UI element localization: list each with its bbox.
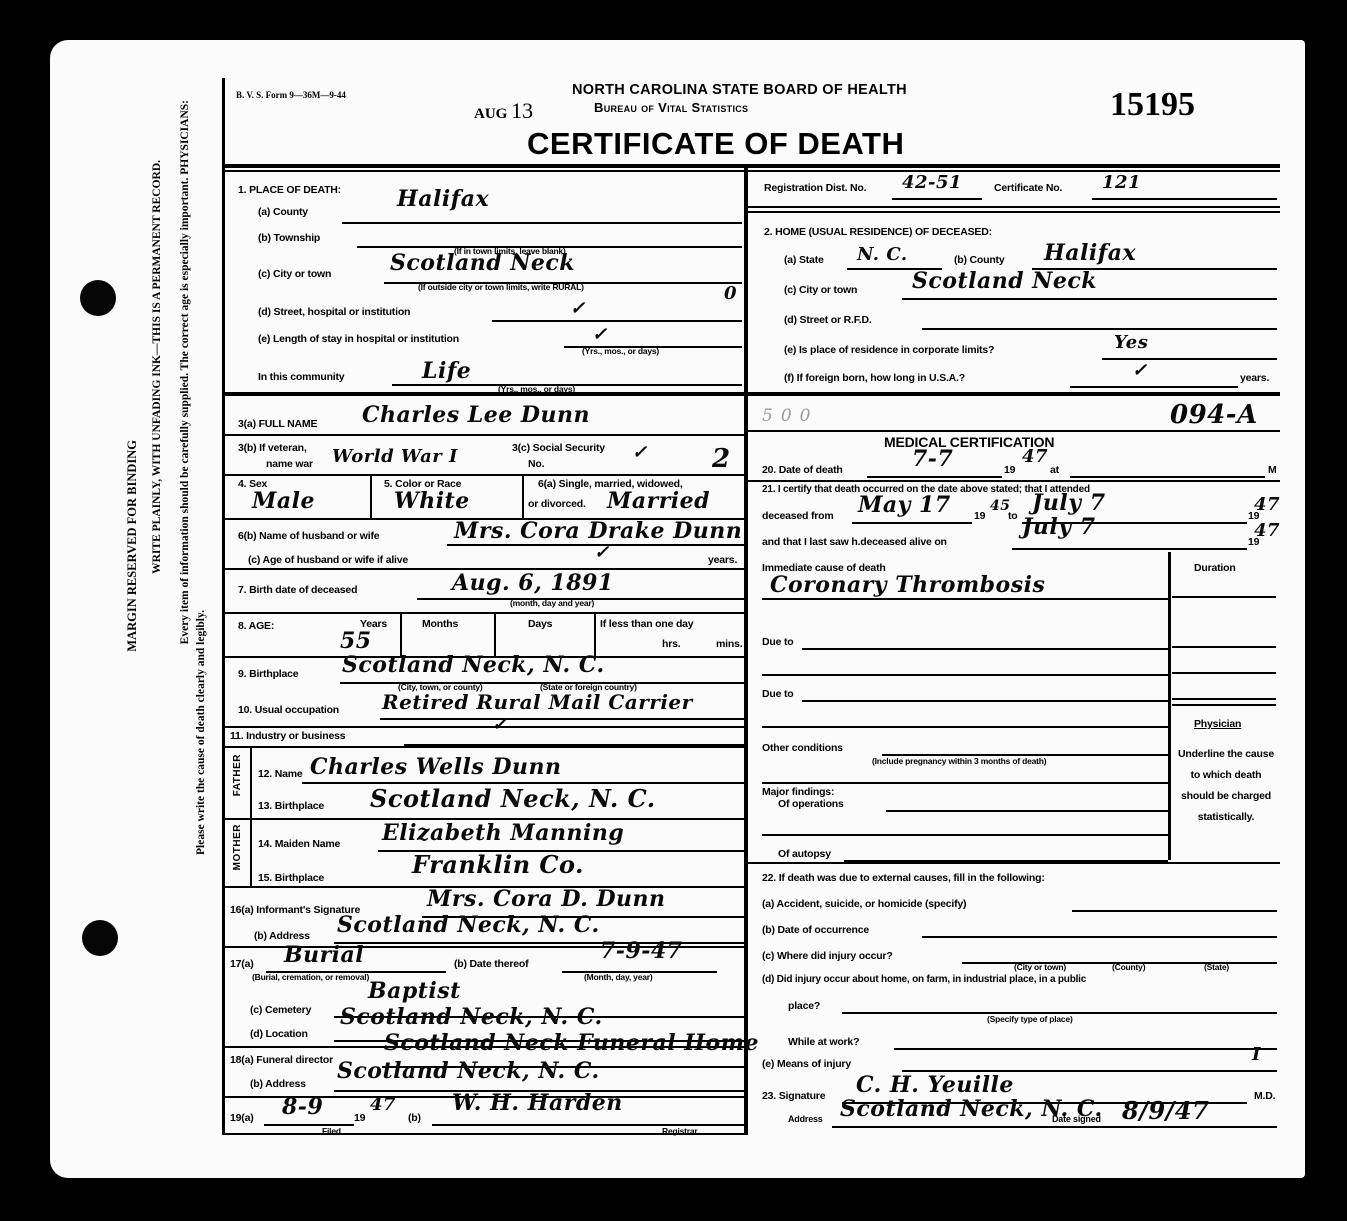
filed-year-value[interactable]: 47 bbox=[370, 1094, 396, 1115]
death-street-value[interactable]: ✓ bbox=[570, 298, 586, 319]
filed-date-value[interactable]: 8-9 bbox=[282, 1094, 323, 1120]
pencil-note: 500 bbox=[762, 406, 818, 426]
full-name-label: 3(a) FULL NAME bbox=[238, 418, 317, 430]
ssn-value[interactable]: ✓ bbox=[632, 442, 648, 463]
home-state-value[interactable]: N. C. bbox=[857, 244, 908, 265]
community-stay-value[interactable]: Life bbox=[422, 358, 471, 384]
margin-instructions-2: Please write the cause of death clearly … bbox=[194, 610, 208, 855]
funeral-director-value[interactable]: Scotland Neck Funeral Home bbox=[384, 1030, 759, 1056]
received-date-stamp: AUG 13 bbox=[474, 98, 533, 124]
veteran-war-value[interactable]: World War I bbox=[332, 446, 458, 467]
birth-date-value[interactable]: Aug. 6, 1891 bbox=[452, 570, 614, 596]
registration-dist-value[interactable]: 42-51 bbox=[902, 172, 962, 193]
mother-birthplace-value[interactable]: Franklin Co. bbox=[412, 850, 584, 879]
bureau-heading: Bureau of Vital Statistics bbox=[594, 100, 748, 115]
sex-value[interactable]: Male bbox=[252, 488, 315, 514]
death-year-value[interactable]: 47 bbox=[1022, 446, 1048, 467]
spouse-name-value[interactable]: Mrs. Cora Drake Dunn bbox=[454, 518, 742, 544]
certificate-no-label: Certificate No. bbox=[994, 182, 1062, 194]
document-number: 15195 bbox=[1110, 86, 1195, 124]
margin-instructions-1: Every item of information should be care… bbox=[178, 100, 192, 644]
mother-maiden-name-value[interactable]: Elizabeth Manning bbox=[382, 820, 624, 846]
funeral-director-address-value[interactable]: Scotland Neck, N. C. bbox=[337, 1058, 600, 1084]
age-years-value[interactable]: 55 bbox=[340, 628, 372, 654]
last-seen-alive-year[interactable]: 47 bbox=[1254, 520, 1280, 541]
death-certificate-form: B. V. S. Form 9—36M—9-44 AUG 13 NORTH CA… bbox=[222, 78, 1282, 1138]
race-value[interactable]: White bbox=[394, 488, 470, 514]
home-county-value[interactable]: Halifax bbox=[1044, 240, 1136, 266]
full-name-value[interactable]: Charles Lee Dunn bbox=[362, 402, 590, 428]
last-seen-alive-value[interactable]: July 7 bbox=[1022, 514, 1096, 540]
place-of-death-heading: 1. PLACE OF DEATH: bbox=[238, 184, 341, 196]
birthplace-value[interactable]: Scotland Neck, N. C. bbox=[342, 652, 605, 678]
binding-hole-bottom bbox=[82, 920, 118, 956]
attended-to-value[interactable]: July 7 bbox=[1032, 490, 1106, 516]
mother-side-label: MOTHER bbox=[232, 824, 243, 870]
board-of-health-heading: NORTH CAROLINA STATE BOARD OF HEALTH bbox=[572, 82, 907, 98]
registration-dist-label: Registration Dist. No. bbox=[764, 182, 866, 194]
hospital-stay-value[interactable]: ✓ bbox=[592, 324, 608, 345]
father-birthplace-value[interactable]: Scotland Neck, N. C. bbox=[370, 784, 656, 813]
margin-binding-note: MARGIN RESERVED FOR BINDING bbox=[125, 440, 139, 652]
disposition-value[interactable]: Burial bbox=[284, 942, 364, 968]
binding-hole-top bbox=[80, 280, 116, 316]
physician-date-signed-value[interactable]: 8/9/47 bbox=[1122, 1096, 1209, 1125]
immediate-cause-value[interactable]: Coronary Thrombosis bbox=[770, 572, 1045, 598]
form-number: B. V. S. Form 9—36M—9-44 bbox=[236, 90, 346, 100]
registrar-signature-value[interactable]: W. H. Harden bbox=[452, 1090, 623, 1116]
physician-note: Underline the cause to which death shoul… bbox=[1176, 744, 1276, 828]
physician-note-title: Physician bbox=[1194, 718, 1241, 730]
physician-signature-value[interactable]: C. H. Yeuille bbox=[856, 1072, 1014, 1098]
cemetery-location-value[interactable]: Scotland Neck, N. C. bbox=[340, 1004, 603, 1030]
margin-ink-note: WRITE PLAINLY, WITH UNFADING INK—THIS IS… bbox=[150, 160, 164, 574]
attended-to-year[interactable]: 47 bbox=[1254, 494, 1280, 515]
occupation-value[interactable]: Retired Rural Mail Carrier bbox=[382, 690, 693, 714]
informant-signature-value[interactable]: Mrs. Cora D. Dunn bbox=[427, 886, 666, 912]
cemetery-value[interactable]: Baptist bbox=[368, 978, 461, 1004]
death-county-value[interactable]: Halifax bbox=[397, 186, 489, 212]
spouse-age-value[interactable]: ✓ bbox=[594, 542, 610, 563]
page-title: CERTIFICATE OF DEATH bbox=[527, 126, 904, 162]
industry-value[interactable]: ✓ bbox=[492, 714, 508, 735]
marital-status-value[interactable]: Married bbox=[607, 488, 710, 514]
father-name-value[interactable]: Charles Wells Dunn bbox=[310, 754, 561, 780]
corporate-limits-value[interactable]: Yes bbox=[1114, 332, 1148, 353]
home-city-value[interactable]: Scotland Neck bbox=[912, 268, 1097, 294]
father-side-label: FATHER bbox=[232, 754, 243, 796]
informant-address-value[interactable]: Scotland Neck, N. C. bbox=[337, 912, 600, 938]
burial-date-value[interactable]: 7-9-47 bbox=[600, 938, 683, 964]
certificate-no-value[interactable]: 121 bbox=[1102, 172, 1141, 193]
home-heading: 2. HOME (USUAL RESIDENCE) OF DECEASED: bbox=[764, 226, 992, 238]
code-note: 094-A bbox=[1170, 400, 1258, 430]
attended-from-value[interactable]: May 17 bbox=[858, 492, 951, 518]
death-city-value[interactable]: Scotland Neck bbox=[390, 250, 575, 276]
foreign-born-value[interactable]: ✓ bbox=[1132, 360, 1148, 381]
death-date-value[interactable]: 7-7 bbox=[912, 446, 953, 472]
